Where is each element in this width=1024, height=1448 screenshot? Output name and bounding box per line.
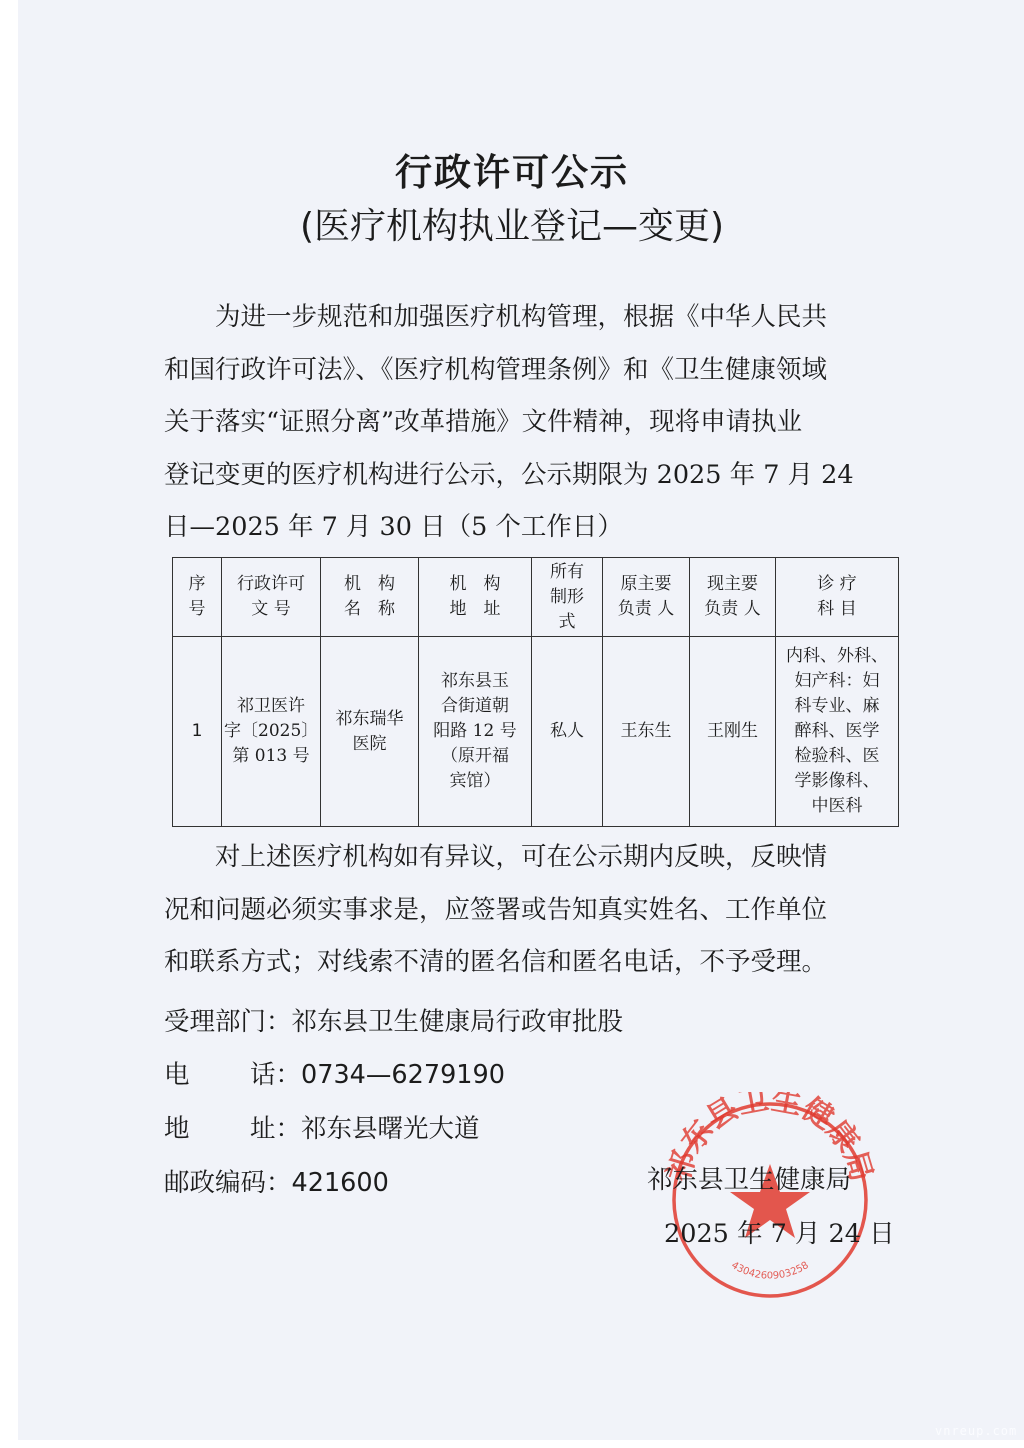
table-row: 1 祁卫医许 字〔2025〕 第 013 号 祁东瑞华 医院 祁东县玉 合街道朝… (173, 637, 899, 827)
cell-line: 醉科、医学 (778, 719, 896, 744)
cell-permit-no: 祁卫医许 字〔2025〕 第 013 号 (222, 637, 321, 827)
header-text: 所有 (534, 560, 600, 585)
watermark-text: vnreup.com (935, 1424, 1017, 1438)
objection-paragraph: 对上述医疗机构如有异议，可在公示期内反映，反映情 况和问题必须实事求是，应签署或… (164, 831, 884, 989)
objection-line: 况和问题必须实事求是，应签署或告知真实姓名、工作单位 (164, 884, 884, 937)
postcode-line: 邮政编码：421600 (164, 1163, 389, 1199)
cell-line: 阳路 12 号 (421, 719, 529, 744)
cell-ownership: 私人 (532, 637, 603, 827)
intro-line: 日—2025 年 7 月 30 日（5 个工作日） (164, 501, 884, 554)
cell-former-head: 王东生 (603, 637, 690, 827)
header-permit-no: 行政许可 文 号 (222, 558, 321, 637)
address-label-1: 地 (164, 1109, 250, 1145)
official-seal-icon: 祁东县卫生健康局 4304260903258 (660, 1092, 880, 1302)
phone-label-1: 电 (164, 1055, 250, 1091)
document-subtitle: (医疗机构执业登记—变更) (0, 198, 1024, 249)
cell-current-head: 王刚生 (690, 637, 776, 827)
header-text: 序 (175, 572, 219, 597)
cell-departments: 内科、外科、 妇产科：妇 科专业、麻 醉科、医学 检验科、医 学影像科、 中医科 (776, 637, 899, 827)
cell-line: 第 013 号 (224, 744, 318, 769)
cell-line: 妇产科：妇 (778, 669, 896, 694)
header-text: 科 目 (778, 597, 896, 622)
header-text: 行政许可 (224, 572, 318, 597)
cell-line: 中医科 (778, 794, 896, 819)
address-value: 祁东县曙光大道 (301, 1114, 480, 1144)
cell-index: 1 (173, 637, 222, 827)
cell-line: 祁卫医许 (224, 694, 318, 719)
cell-line: 字〔2025〕 (224, 719, 318, 744)
cell-line: 祁东县玉 (421, 669, 529, 694)
issuer-name: 祁东县卫生健康局 (647, 1160, 851, 1196)
cell-line: 宾馆） (421, 769, 529, 794)
header-address: 机 构 地 址 (419, 558, 532, 637)
header-text: 负责 人 (692, 597, 773, 622)
phone-value: 0734—6279190 (301, 1060, 505, 1090)
svg-text:4304260903258: 4304260903258 (729, 1260, 811, 1282)
cell-line: 检验科、医 (778, 744, 896, 769)
header-text: 式 (534, 610, 600, 635)
cell-line: 祁东瑞华 (323, 707, 416, 732)
intro-line: 登记变更的医疗机构进行公示，公示期限为 2025 年 7 月 24 (164, 449, 884, 502)
issue-date: 2025 年 7 月 24 日 (664, 1214, 895, 1250)
cell-line: 学影像科、 (778, 769, 896, 794)
header-text: 文 号 (224, 597, 318, 622)
document-title: 行政许可公示 (0, 142, 1024, 196)
header-departments: 诊 疗 科 目 (776, 558, 899, 637)
intro-line: 关于落实“证照分离”改革措施》文件精神，现将申请执业 (164, 396, 884, 449)
postcode-value: 421600 (292, 1168, 389, 1198)
address-label-2: 址： (250, 1114, 301, 1144)
header-institution-name: 机 构 名 称 (321, 558, 419, 637)
header-ownership: 所有 制形 式 (532, 558, 603, 637)
phone-line: 电话：0734—6279190 (164, 1055, 505, 1091)
postcode-label: 邮政编码： (164, 1168, 292, 1198)
phone-label-2: 话： (250, 1060, 301, 1090)
header-index: 序 号 (173, 558, 222, 637)
objection-line: 和联系方式；对线索不清的匿名信和匿名电话，不予受理。 (164, 936, 884, 989)
cell-line: （原开福 (421, 744, 529, 769)
header-text: 制形 (534, 585, 600, 610)
address-line: 地址：祁东县曙光大道 (164, 1109, 480, 1145)
header-former-head: 原主要 负责 人 (603, 558, 690, 637)
header-text: 原主要 (605, 572, 687, 597)
header-text: 号 (175, 597, 219, 622)
intro-paragraph: 为进一步规范和加强医疗机构管理，根据《中华人民共 和国行政许可法》、《医疗机构管… (164, 291, 884, 554)
objection-line: 对上述医疗机构如有异议，可在公示期内反映，反映情 (164, 831, 884, 884)
intro-line: 和国行政许可法》、《医疗机构管理条例》和《卫生健康领域 (164, 344, 884, 397)
permit-table: 序 号 行政许可 文 号 机 构 名 称 机 构 地 址 所有 制形 式 原主要… (172, 557, 899, 827)
header-text: 地 址 (421, 597, 529, 622)
header-text: 名 称 (323, 597, 416, 622)
department-label: 受理部门： (164, 1007, 292, 1037)
cell-line: 科专业、麻 (778, 694, 896, 719)
department-line: 受理部门：祁东县卫生健康局行政审批股 (164, 1002, 623, 1038)
department-value: 祁东县卫生健康局行政审批股 (292, 1007, 624, 1037)
cell-address: 祁东县玉 合街道朝 阳路 12 号 （原开福 宾馆） (419, 637, 532, 827)
header-text: 机 构 (323, 572, 416, 597)
header-text: 机 构 (421, 572, 529, 597)
table-header-row: 序 号 行政许可 文 号 机 构 名 称 机 构 地 址 所有 制形 式 原主要… (173, 558, 899, 637)
header-text: 现主要 (692, 572, 773, 597)
cell-line: 内科、外科、 (778, 644, 896, 669)
intro-line: 为进一步规范和加强医疗机构管理，根据《中华人民共 (164, 291, 884, 344)
header-current-head: 现主要 负责 人 (690, 558, 776, 637)
header-text: 负责 人 (605, 597, 687, 622)
cell-institution-name: 祁东瑞华 医院 (321, 637, 419, 827)
header-text: 诊 疗 (778, 572, 896, 597)
cell-line: 医院 (323, 732, 416, 757)
cell-line: 合街道朝 (421, 694, 529, 719)
